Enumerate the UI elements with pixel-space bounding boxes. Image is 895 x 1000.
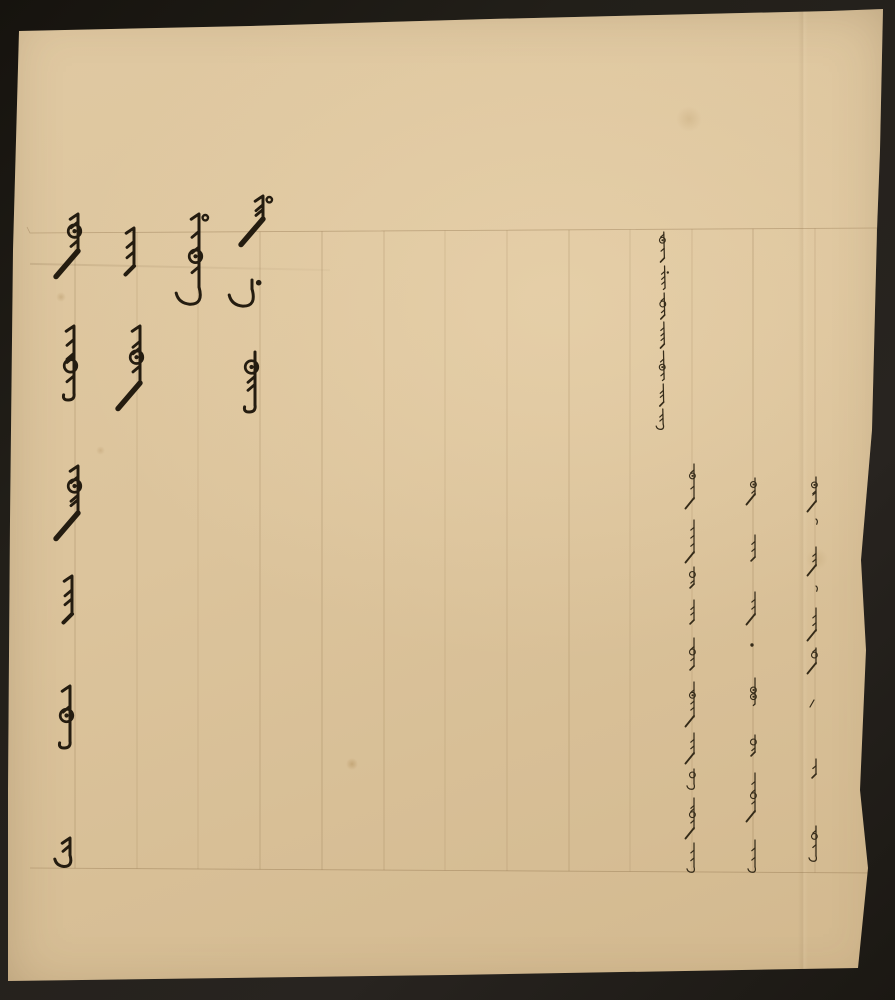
script-word (118, 326, 143, 409)
script-word (659, 351, 665, 381)
script-word (808, 477, 818, 512)
manuscript-ink-layer (0, 0, 895, 1000)
small-script-long-line (652, 232, 673, 430)
script-word (690, 567, 696, 588)
paper-sheet (0, 0, 895, 1000)
script-word (176, 214, 208, 304)
script-word (747, 478, 757, 505)
script-word (751, 735, 757, 756)
script-word (659, 384, 663, 406)
small-script-column-group (686, 464, 818, 872)
script-word (55, 838, 71, 867)
script-word (656, 409, 664, 429)
script-word (686, 520, 695, 563)
script-word (64, 576, 73, 623)
script-word (661, 266, 669, 290)
script-word (660, 293, 666, 319)
script-word (808, 648, 818, 674)
top-rule-line (27, 227, 878, 233)
script-word (809, 826, 817, 861)
script-word (59, 686, 72, 748)
script-word (686, 798, 696, 839)
comma-mark (816, 586, 817, 591)
script-word (56, 466, 81, 539)
script-word (56, 214, 81, 277)
dash-mark (810, 700, 814, 707)
script-word (241, 196, 272, 245)
script-word (748, 840, 755, 872)
script-word (812, 759, 816, 778)
ruled-grid (27, 227, 878, 873)
script-word (751, 678, 757, 706)
script-word (747, 773, 757, 822)
comma-mark (816, 519, 817, 524)
script-word (686, 464, 696, 509)
script-word (244, 352, 257, 412)
script-word (687, 843, 694, 872)
script-word (126, 228, 135, 275)
script-word (690, 638, 696, 670)
script-word (659, 232, 665, 262)
script-word (687, 769, 695, 789)
script-word (63, 326, 76, 400)
script-word (660, 322, 664, 348)
punctuation-marks (750, 519, 817, 707)
scanned-page (0, 0, 895, 1000)
script-word (686, 682, 696, 727)
dot-mark (750, 643, 753, 646)
large-script-column-group (55, 196, 272, 867)
script-word (686, 733, 695, 764)
script-word (747, 592, 756, 625)
script-word (229, 280, 261, 306)
